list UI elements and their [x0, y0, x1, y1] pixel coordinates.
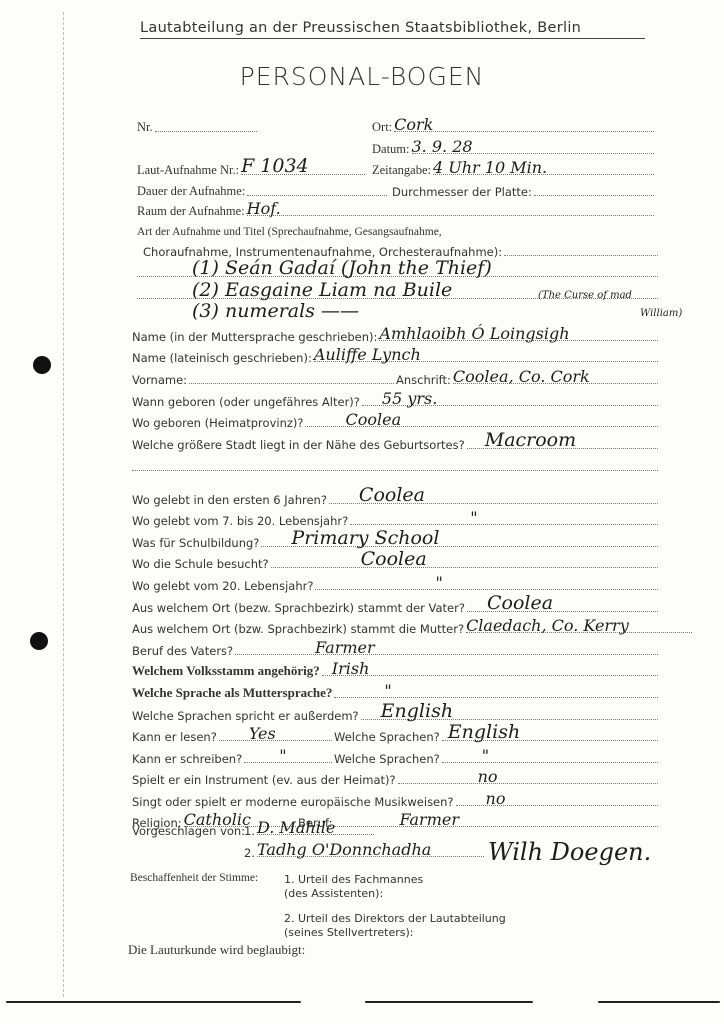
field-blank-line [132, 456, 658, 474]
vorgeschlagen-2-value[interactable]: Tadhg O'Donnchadha [257, 840, 484, 857]
field-gelebt-6: Wo gelebt in den ersten 6 Jahren? Coolea [132, 489, 658, 507]
field-muttersprache: Welche Sprache als Muttersprache? " [132, 683, 658, 701]
schreiben-sprachen-value[interactable]: " [442, 746, 658, 763]
field-zeitangabe: Zeitangabe: 4 Uhr 10 Min. [372, 160, 654, 178]
field-lesen: Kann er lesen? Yes [132, 726, 332, 744]
schreiben-value[interactable]: " [244, 746, 332, 763]
urteil-1-line-b: (des Assistenten): [284, 887, 383, 900]
title-1-value[interactable]: (1) Seán Gadaí (John the Thief) [137, 260, 658, 277]
field-name-mutter: Name (in der Muttersprache geschrieben):… [132, 326, 658, 344]
field-vater-ort: Aus welchem Ort (bezw. Sprachbezirk) sta… [132, 597, 658, 615]
field-vorname: Vorname: [132, 369, 394, 387]
urteil-2-line-b: (seines Stellvertreters): [284, 926, 413, 939]
field-musikweisen: Singt oder spielt er moderne europäische… [132, 791, 658, 809]
field-volksstamm: Welchem Volksstamm angehörig? Irish [132, 661, 658, 679]
field-beruf-vater: Beruf des Vaters? Farmer [132, 640, 658, 658]
geboren-wo-value[interactable]: Coolea [305, 410, 658, 427]
durchmesser-value[interactable] [534, 179, 654, 196]
title-line-1: (1) Seán Gadaí (John the Thief) [137, 262, 658, 280]
field-gelebt-7-20: Wo gelebt vom 7. bis 20. Lebensjahr? " [132, 510, 658, 528]
art-value[interactable] [504, 239, 658, 256]
gelebt-20-value[interactable]: " [315, 573, 658, 590]
field-schule: Wo die Schule besucht? Coolea [132, 553, 658, 571]
bottom-edge-left [6, 1001, 301, 1003]
datum-value[interactable]: 3. 9. 28 [412, 137, 655, 154]
bottom-edge-middle [365, 1001, 533, 1003]
ort-value[interactable]: Cork [394, 115, 654, 132]
sprachen-ausserdem-value[interactable]: English [361, 703, 658, 720]
institution-header: Lautabteilung an der Preussischen Staats… [140, 20, 645, 39]
field-gelebt-20: Wo gelebt vom 20. Lebensjahr? " [132, 575, 658, 593]
lesen-sprachen-value[interactable]: English [442, 724, 658, 741]
nr-value[interactable] [155, 115, 257, 132]
field-datum: Datum: 3. 9. 28 [372, 139, 654, 157]
dauer-value[interactable] [247, 179, 387, 196]
geboren-wann-value[interactable]: 55 yrs. [362, 389, 658, 406]
beruf-vater-value[interactable]: Farmer [235, 638, 658, 655]
field-dauer: Dauer der Aufnahme: [137, 181, 387, 199]
gelebt-7-20-value[interactable]: " [350, 508, 658, 525]
bottom-edge-right [598, 1001, 720, 1003]
field-name-latein: Name (lateinisch geschrieben): Auliffe L… [132, 347, 658, 365]
vorgeschlagen-1-value[interactable]: D. Mahile [257, 818, 374, 835]
schulbildung-value[interactable]: Primary School [261, 530, 658, 547]
field-nr: Nr. [137, 117, 257, 135]
musikweisen-value[interactable]: no [456, 789, 658, 806]
field-stadt: Welche größere Stadt liegt in der Nähe d… [132, 434, 658, 452]
vater-ort-value[interactable]: Coolea [467, 595, 658, 612]
muttersprache-value[interactable]: " [334, 681, 658, 698]
field-geboren-wo: Wo geboren (Heimatprovinz)? Coolea [132, 412, 658, 430]
urteil-1-line-a: 1. Urteil des Fachmannes [284, 873, 423, 886]
field-vorgeschlagen-1: 1. D. Mahile [244, 820, 374, 838]
gelebt-6-value[interactable]: Coolea [329, 487, 658, 504]
field-mutter-ort: Aus welchem Ort (bzw. Sprachbezirk) stam… [132, 618, 692, 636]
beglaubigt-label: Die Lauturkunde wird beglaubigt: [128, 942, 305, 958]
field-ort: Ort: Cork [372, 117, 654, 135]
vorname-value[interactable] [189, 367, 394, 384]
field-schreiben-sprachen: Welche Sprachen? " [334, 748, 658, 766]
name-mutter-value[interactable]: Amhlaoibh Ó Loingsigh [379, 324, 658, 341]
field-instrument: Spielt er ein Instrument (ev. aus der He… [132, 769, 658, 787]
raum-value[interactable]: Hof. [247, 199, 654, 216]
field-laut-aufnahme-nr: Laut-Aufnahme Nr.: F 1034 [137, 160, 365, 178]
art-label-line1: Art der Aufnahme und Titel (Sprechaufnah… [137, 226, 442, 238]
name-latein-value[interactable]: Auliffe Lynch [314, 345, 658, 362]
blank-line-value[interactable] [132, 454, 658, 471]
mutter-ort-value[interactable]: Claedach, Co. Kerry [466, 616, 692, 633]
laut-aufnahme-nr-value[interactable]: F 1034 [241, 158, 365, 175]
field-vorgeschlagen-2: 2. Tadhg O'Donnchadha [244, 842, 484, 860]
document-title: PERSONAL-BOGEN [0, 62, 724, 91]
field-geboren-wann: Wann geboren (oder ungefähres Alter)? 55… [132, 391, 658, 409]
margin-line [63, 12, 64, 997]
urteil-2-line-a: 2. Urteil des Direktors der Lautabteilun… [284, 912, 506, 925]
field-anschrift: Anschrift: Coolea, Co. Cork [396, 369, 658, 387]
stimme-label: Beschaffenheit der Stimme: [130, 872, 258, 884]
signature: Wilh Doegen. [488, 838, 651, 866]
schule-value[interactable]: Coolea [271, 551, 658, 568]
field-durchmesser: Durchmesser der Platte: [392, 181, 654, 199]
instrument-value[interactable]: no [398, 767, 658, 784]
vorgeschlagen-label: Vorgeschlagen von: [132, 824, 245, 838]
field-lesen-sprachen: Welche Sprachen? English [334, 726, 658, 744]
stadt-value[interactable]: Macroom [467, 432, 658, 449]
field-raum: Raum der Aufnahme: Hof. [137, 201, 654, 219]
punch-hole-top [33, 356, 51, 374]
lesen-value[interactable]: Yes [219, 724, 332, 741]
field-schreiben: Kann er schreiben? " [132, 748, 332, 766]
punch-hole-bottom [30, 632, 48, 650]
beruf-value[interactable]: Farmer [335, 810, 659, 827]
volksstamm-value[interactable]: Irish [322, 659, 658, 676]
zeitangabe-value[interactable]: 4 Uhr 10 Min. [433, 158, 654, 175]
field-sprachen-ausserdem: Welche Sprachen spricht er außerdem? Eng… [132, 705, 658, 723]
anschrift-value[interactable]: Coolea, Co. Cork [453, 367, 658, 384]
